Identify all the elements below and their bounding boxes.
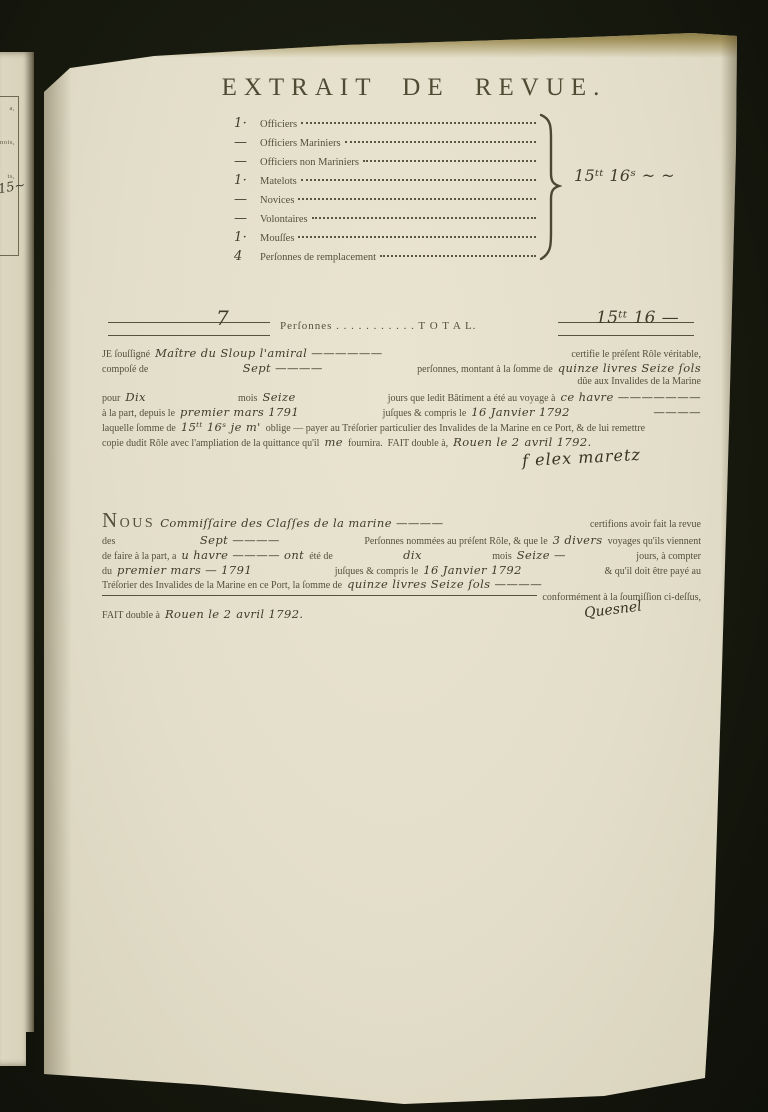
text-line: de faire à la part, au havre ———— ontété… [102, 548, 706, 563]
handwritten-text: Maître du Sloup l'amiral —————— [155, 346, 383, 360]
handwritten-text: 16 Janvier 1792 [471, 405, 570, 419]
muster-category-label: Officiers Mariniers [260, 138, 341, 149]
muster-row: 4Perſonnes de remplacement [234, 249, 536, 268]
muster-category-label: Perſonnes de remplacement [260, 252, 376, 263]
handwritten-text: quinze livres Seize ſols [558, 361, 701, 375]
printed-text: Tréſorier des Invalides de la Marine en … [102, 580, 342, 591]
paragraph-master-certification: JE ſouſſignéMaître du Sloup l'amiral ———… [102, 346, 706, 450]
printed-text: juſques & compris le [335, 566, 419, 577]
dotted-leader [301, 179, 536, 181]
printed-text: certifie le préſent Rôle véritable, [571, 349, 701, 360]
muster-row: 1·Mouſſes [234, 230, 536, 249]
total-persons-count: 7 [216, 306, 229, 330]
brace-glyph [538, 112, 562, 262]
dotted-leader [345, 141, 536, 143]
muster-count-handwritten: 4 [234, 249, 260, 264]
dotted-leader [298, 198, 536, 200]
printed-text: certifions avoir fait la revue [590, 519, 701, 530]
handwritten-text: 3 divers [553, 533, 603, 547]
printed-text: FAIT double à [102, 610, 160, 621]
total-label: Perſonnes . . . . . . . . . . . T O T A … [280, 320, 476, 332]
handwritten-text: premier mars — 1791 [117, 563, 252, 577]
handwritten-text: quinze livres Seize ſols ———— [347, 577, 542, 591]
document-page: EXTRAIT DE REVUE. 1·Officiers—Officiers … [44, 28, 738, 1104]
handwritten-text: dix [403, 548, 422, 562]
printed-text: jours que ledit Bâtiment a été au voyage… [388, 393, 556, 404]
handwritten-text: Commiſſaire des Claſſes de la marine ———… [160, 516, 443, 530]
handwritten-text: Dix [125, 390, 146, 404]
muster-count-handwritten: — [234, 135, 260, 150]
printed-text: de faire à la part, a [102, 551, 176, 562]
printed-text: oblige — payer au Tréſorier particulier … [266, 423, 645, 434]
total-amount: 15ᵗᵗ 16 — [596, 308, 679, 328]
gutter-shadow-mark [26, 1032, 35, 1072]
text-line: NOUSCommiſſaire des Claſſes de la marine… [102, 508, 706, 533]
printed-text: jours, à compter [636, 551, 701, 562]
handwritten-text: u havre ———— ont [181, 548, 304, 562]
muster-count-handwritten: — [234, 211, 260, 226]
text-line: compoſé deSept ————perſonnes, montant à … [102, 361, 706, 376]
printed-text: été de [309, 551, 333, 562]
muster-category-label: Volontaires [260, 214, 308, 225]
text-line: JE ſouſſignéMaître du Sloup l'amiral ———… [102, 346, 706, 361]
handwritten-text: avril 1792. [524, 435, 591, 449]
printed-text: pour [102, 393, 120, 404]
muster-row: —Novices [234, 192, 536, 211]
printed-text: & qu'il doit être payé au [605, 566, 702, 577]
handwritten-text: premier mars 1791 [180, 405, 299, 419]
page-title: EXTRAIT DE REVUE. [164, 74, 664, 102]
handwritten-sum-brace: 15ᵗᵗ 16ˢ ~ ~ [574, 166, 675, 185]
printed-text: fournira. [348, 438, 383, 449]
muster-category-label: Officiers [260, 119, 297, 130]
printed-text: copie dudit Rôle avec l'ampliation de la… [102, 438, 319, 449]
handwritten-text: Rouen le 2 [165, 607, 231, 621]
printed-text: voyages qu'ils viennent [608, 536, 701, 547]
handwritten-text: Sept ———— [200, 533, 280, 547]
printed-text: laquelle ſomme de [102, 423, 176, 434]
facing-page-text-fragment: a, [9, 105, 15, 112]
printed-text: JE ſouſſigné [102, 349, 150, 360]
muster-row: —Officiers Mariniers [234, 135, 536, 154]
muster-category-label: Novices [260, 195, 294, 206]
muster-table: 1·Officiers—Officiers Mariniers—Officier… [234, 116, 536, 268]
dotted-leader [312, 217, 536, 219]
printed-text: dûe aux Invalides de la Marine [577, 376, 701, 387]
muster-row: 1·Officiers [234, 116, 536, 135]
handwritten-text: 15ᵗᵗ 16ˢ je m' [181, 420, 261, 434]
muster-category-label: Mouſſes [260, 233, 294, 244]
muster-row: —Officiers non Mariniers [234, 154, 536, 173]
facing-page-edge: a, nois, ts, 15~ [0, 52, 34, 1066]
muster-category-label: Officiers non Mariniers [260, 157, 359, 168]
printed-text: Perſonnes nommées au préſent Rôle, & que… [364, 536, 547, 547]
handwritten-text: Seize — [517, 548, 566, 562]
handwritten-text: avril 1792. [236, 607, 303, 621]
printed-text: compoſé de [102, 364, 148, 375]
muster-count-handwritten: 1· [234, 173, 260, 188]
dotted-leader [298, 236, 536, 238]
text-line: dupremier mars — 1791juſques & compris l… [102, 563, 706, 578]
text-line: pourDixmoisSeizejours que ledit Bâtiment… [102, 390, 706, 405]
muster-count-handwritten: 1· [234, 116, 260, 131]
handwritten-text: 16 Janvier 1792 [423, 563, 522, 577]
handwritten-text: me [324, 435, 343, 449]
dotted-leader [301, 122, 536, 124]
text-line: à la part, depuis lepremier mars 1791juſ… [102, 405, 706, 420]
printed-text: des [102, 536, 115, 547]
handwritten-text: ce havre ——————— [560, 390, 701, 404]
rule-line [102, 595, 537, 596]
printed-text: juſques & compris le [383, 408, 467, 419]
total-rule-left [108, 322, 270, 336]
text-line: dûe aux Invalides de la Marine [102, 376, 706, 391]
printed-text: à la part, depuis le [102, 408, 175, 419]
muster-row: 1·Matelots [234, 173, 536, 192]
printed-text: FAIT double à, [388, 438, 448, 449]
muster-row: —Volontaires [234, 211, 536, 230]
printed-text: NOUS [102, 508, 155, 533]
printed-text: mois [492, 551, 511, 562]
facing-page-table-fragment: a, nois, ts, [0, 96, 19, 256]
text-line: Tréſorier des Invalides de la Marine en … [102, 577, 706, 592]
text-line: laquelle ſomme de15ᵗᵗ 16ˢ je m'oblige — … [102, 420, 706, 435]
handwritten-text: ———— [653, 405, 701, 419]
facing-page-scribble: 15~ [0, 178, 27, 198]
printed-text: mois [238, 393, 257, 404]
handwritten-text: Rouen le 2 [453, 435, 519, 449]
facing-page-text-fragment: nois, [0, 139, 15, 146]
muster-count-handwritten: — [234, 192, 260, 207]
dotted-leader [363, 160, 536, 162]
handwritten-text: Seize [262, 390, 295, 404]
dotted-leader [380, 255, 536, 257]
muster-category-label: Matelots [260, 176, 297, 187]
printed-text: du [102, 566, 112, 577]
handwritten-text: Sept ———— [243, 361, 323, 375]
printed-text: perſonnes, montant à la ſomme de [417, 364, 553, 375]
muster-count-handwritten: 1· [234, 230, 260, 245]
text-line: desSept ————Perſonnes nommées au préſent… [102, 533, 706, 548]
muster-count-handwritten: — [234, 154, 260, 169]
